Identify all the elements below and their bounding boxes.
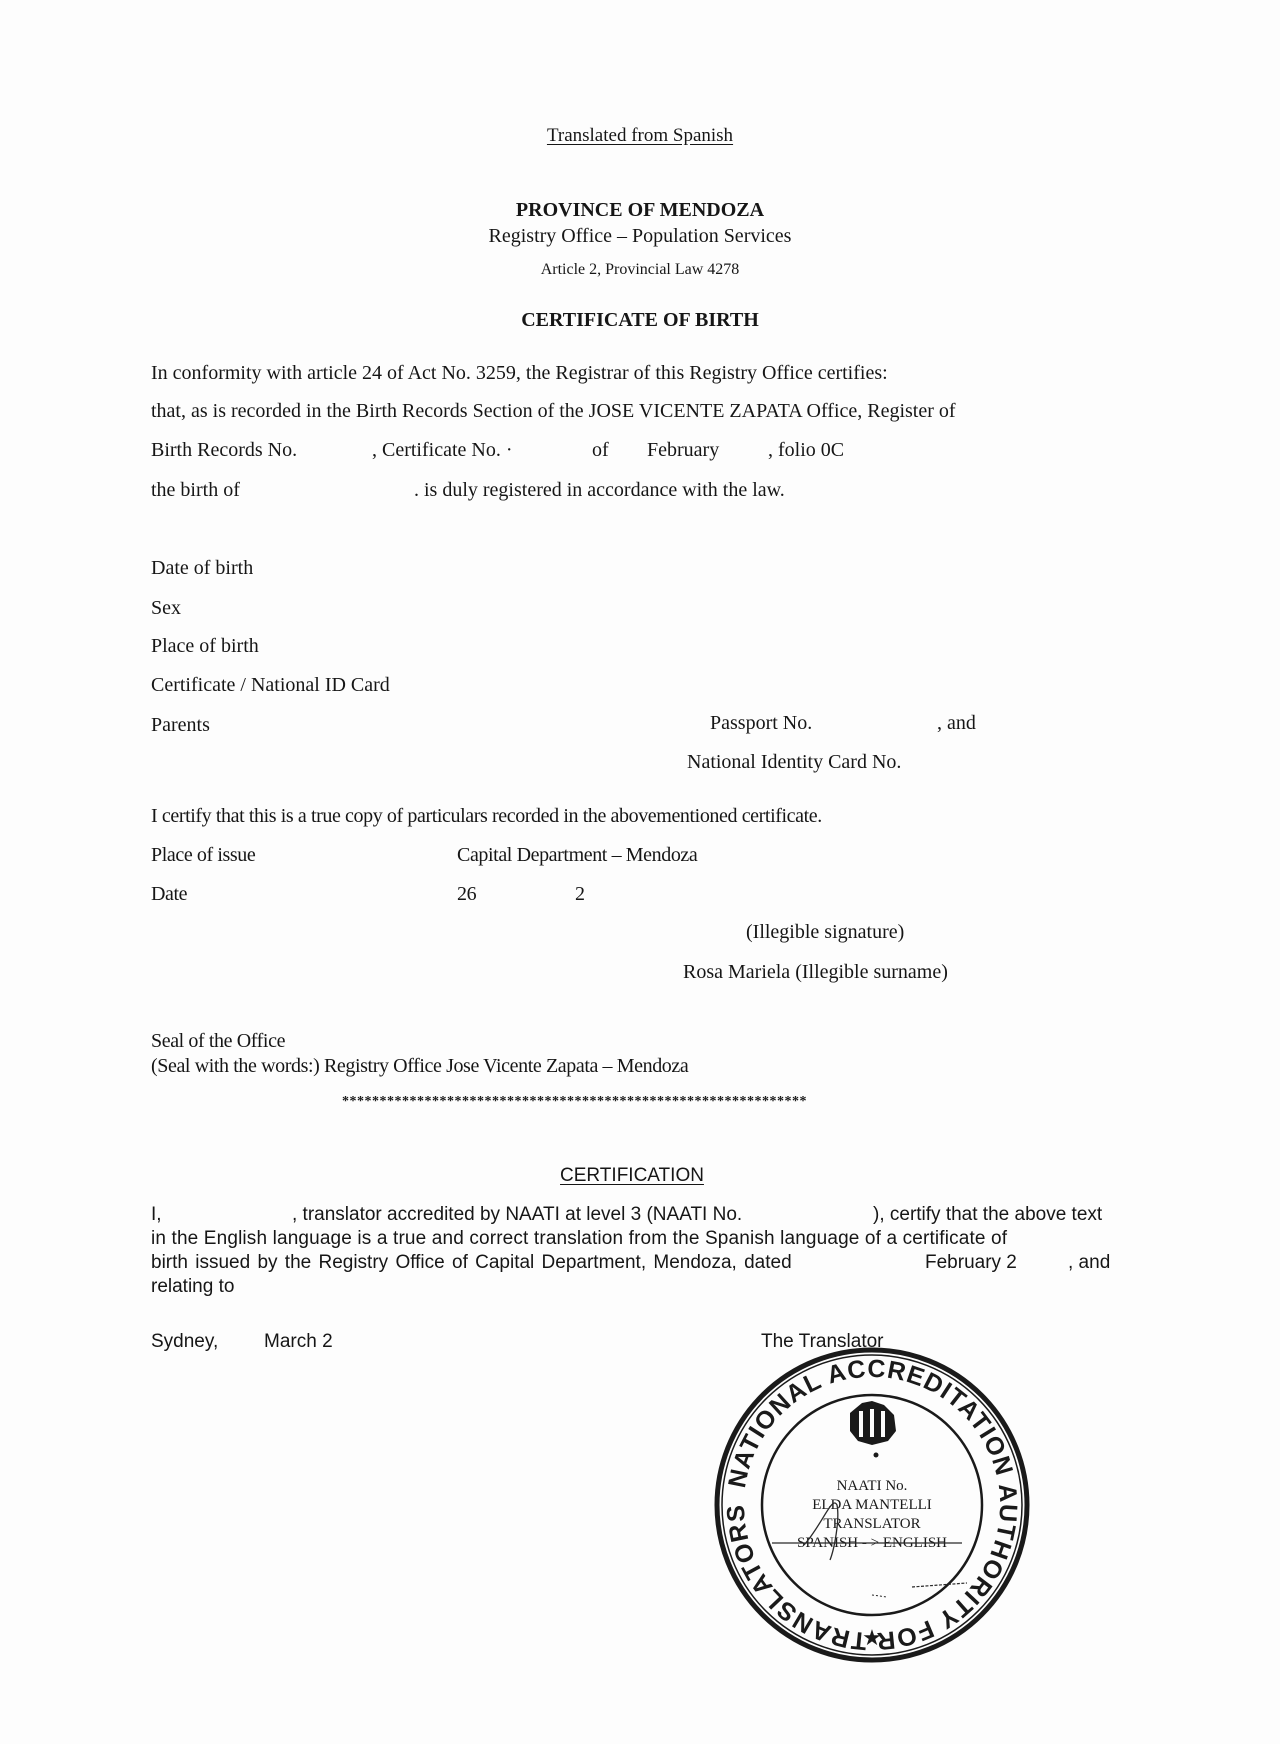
cert-line-4: relating to xyxy=(151,1276,234,1298)
stamp-naati-no: NAATI No. xyxy=(837,1478,908,1494)
date-label: Date xyxy=(151,883,187,906)
of-label: of xyxy=(592,439,609,462)
folio-label: , folio 0C xyxy=(768,439,844,462)
signing-place: Sydney, xyxy=(151,1331,218,1353)
document-title: CERTIFICATE OF BIRTH xyxy=(0,309,1280,332)
cert-line-3-end: , and xyxy=(1068,1252,1110,1274)
cert-line-2: in the English language is a true and co… xyxy=(151,1228,1007,1250)
national-id-label: Certificate / National ID Card xyxy=(151,674,390,697)
date-value-year: 2 xyxy=(575,883,585,906)
duly-registered-text: . is duly registered in accordance with … xyxy=(414,479,785,502)
date-of-birth-label: Date of birth xyxy=(151,557,253,580)
naati-logo-icon xyxy=(850,1401,896,1458)
intro-line-1: In conformity with article 24 of Act No.… xyxy=(151,362,888,385)
signature-note: (Illegible signature) xyxy=(746,921,904,944)
translated-from-label: Translated from Spanish xyxy=(0,125,1280,147)
birth-records-label: Birth Records No. xyxy=(151,439,297,462)
and-label: , and xyxy=(937,712,976,735)
signatory-name: Rosa Mariela (Illegible surname) xyxy=(683,961,948,984)
parents-label: Parents xyxy=(151,714,210,737)
certification-title: CERTIFICATION xyxy=(0,1165,1264,1187)
cert-line-1-mid: , translator accredited by NAATI at leve… xyxy=(292,1204,742,1226)
cert-line-3-date: February 2 xyxy=(925,1252,1017,1274)
cert-line-1-start: I, xyxy=(151,1204,162,1226)
date-value-day: 26 xyxy=(457,883,476,906)
signing-date: March 2 xyxy=(264,1331,333,1353)
seal-heading: Seal of the Office xyxy=(151,1030,285,1053)
place-of-issue-value: Capital Department – Mendoza xyxy=(457,844,697,867)
star-icon: ★ xyxy=(862,1625,882,1650)
naati-stamp: NATIONAL ACCREDITATION AUTHORITY FOR TRA… xyxy=(712,1345,1032,1665)
office-heading: Registry Office – Population Services xyxy=(0,225,1280,248)
certificate-no-label: , Certificate No. · xyxy=(372,439,513,462)
separator-line: ****************************************… xyxy=(342,1094,807,1110)
month-label: February xyxy=(647,439,719,462)
national-identity-card-label: National Identity Card No. xyxy=(687,751,901,774)
passport-label: Passport No. xyxy=(710,712,812,735)
sex-label: Sex xyxy=(151,597,181,620)
place-of-issue-label: Place of issue xyxy=(151,844,255,867)
birth-of-label: the birth of xyxy=(151,479,240,502)
cert-line-3-start: birth issued by the Registry Office of C… xyxy=(151,1252,792,1274)
cert-line-1-end: ), certify that the above text xyxy=(873,1204,1102,1226)
intro-line-2: that, as is recorded in the Birth Record… xyxy=(151,400,956,423)
law-reference: Article 2, Provincial Law 4278 xyxy=(0,261,1280,279)
stamp-translator-name: ELDA MANTELLI xyxy=(812,1497,932,1513)
certify-statement: I certify that this is a true copy of pa… xyxy=(151,805,822,828)
province-heading: PROVINCE OF MENDOZA xyxy=(0,199,1280,222)
seal-words: (Seal with the words:) Registry Office J… xyxy=(151,1055,688,1078)
place-of-birth-label: Place of birth xyxy=(151,635,259,658)
